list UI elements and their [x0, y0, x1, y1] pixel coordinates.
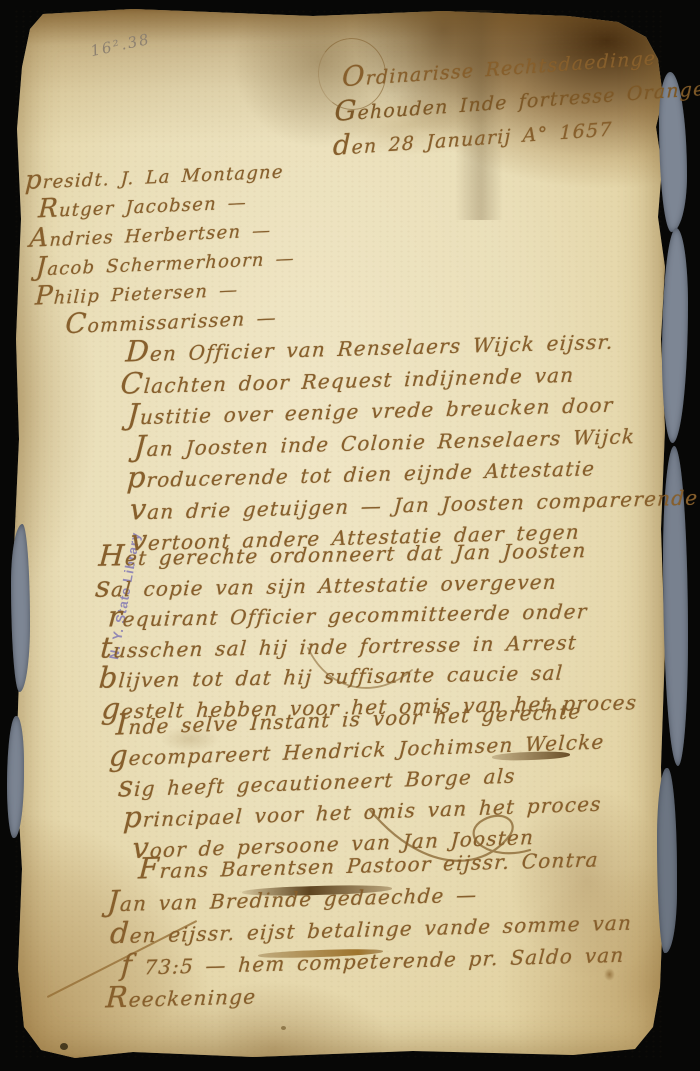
- body-paragraph: Inde selve Instant is voor het gerechte …: [115, 694, 608, 866]
- body-paragraph: Frans Barentsen Pastoor eijssr. Contra J…: [138, 842, 634, 1015]
- ink-speck: [60, 1043, 68, 1050]
- body-paragraph: Den Officier van Renselaers Wijck eijssr…: [125, 323, 699, 558]
- manuscript-photograph: 16².38 N. Y. State Library Ordinarisse R…: [0, 0, 700, 1071]
- attendees-list: presidt. J. La Montagne Rutger Jacobsen …: [24, 156, 298, 342]
- torn-edge-patch: [657, 768, 677, 953]
- ink-speck: [281, 1026, 286, 1030]
- torn-edge-patch: [11, 524, 30, 692]
